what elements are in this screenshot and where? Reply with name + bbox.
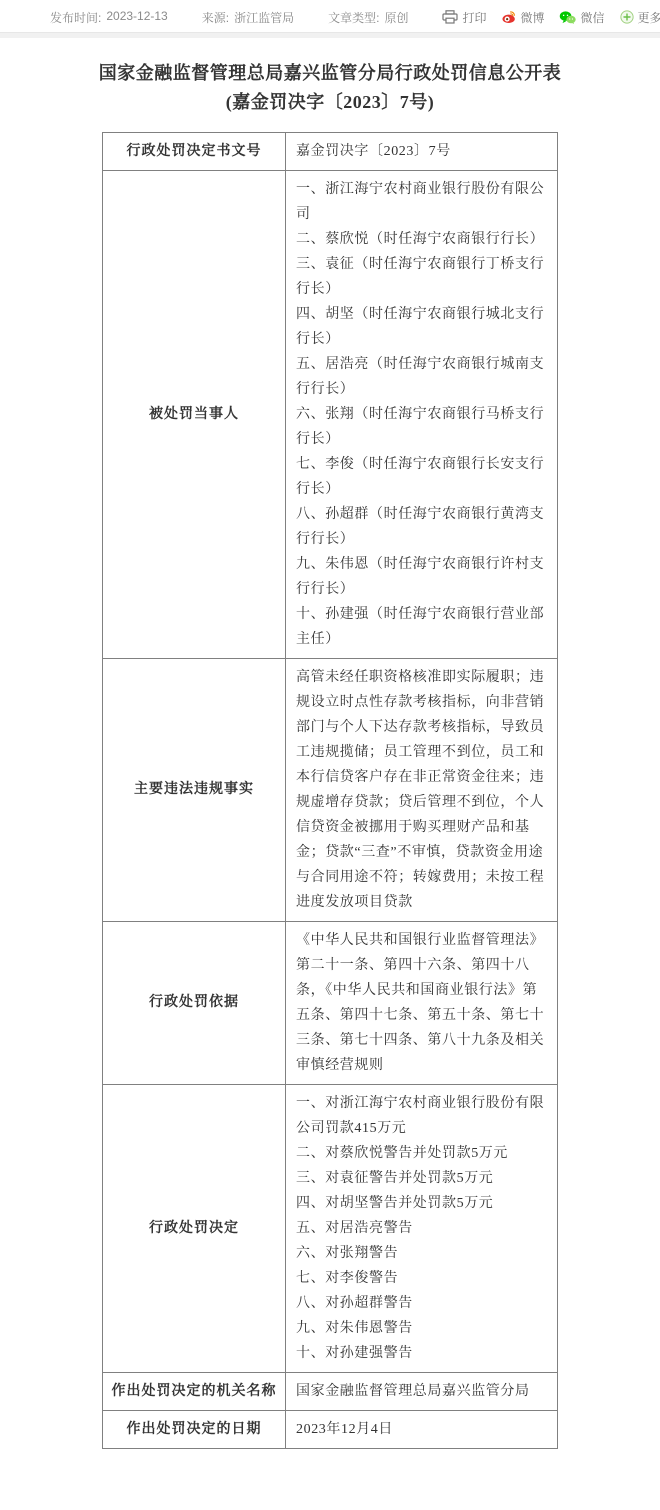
wechat-label: 微信: [580, 9, 604, 26]
page-title-line2: (嘉金罚决字〔2023〕7号): [30, 88, 630, 117]
cell-header: 行政处罚决定: [103, 1085, 286, 1373]
source: 来源: 浙江监管局: [202, 9, 294, 26]
plus-circle-icon: [620, 10, 634, 24]
print-button[interactable]: 打印: [442, 9, 486, 26]
source-value: 浙江监管局: [234, 9, 294, 26]
print-label: 打印: [462, 9, 486, 26]
weibo-icon: [501, 10, 516, 25]
publish-time-label: 发布时间:: [50, 9, 101, 26]
row-violation-facts: 主要违法违规事实 高管未经任职资格核准即实际履职；违规设立时点性存款考核指标，向…: [103, 659, 558, 922]
article-meta-bar: 发布时间: 2023-12-13 来源: 浙江监管局 文章类型: 原创 打印: [0, 0, 660, 32]
cell-header: 主要违法违规事实: [103, 659, 286, 922]
share-weibo-button[interactable]: 微博: [501, 9, 544, 26]
page-title-line1: 国家金融监督管理总局嘉兴监管分局行政处罚信息公开表: [30, 59, 630, 88]
printer-icon: [442, 10, 458, 24]
article-type-value: 原创: [384, 9, 408, 26]
cell-value: 《中华人民共和国银行业监督管理法》第二十一条、第四十六条、第四十八条，《中华人民…: [286, 922, 558, 1085]
row-penalized-parties: 被处罚当事人 一、浙江海宁农村商业银行股份有限公司 二、蔡欣悦（时任海宁农商银行…: [103, 171, 558, 659]
cell-value: 一、浙江海宁农村商业银行股份有限公司 二、蔡欣悦（时任海宁农商银行行长） 三、袁…: [286, 171, 558, 659]
cell-value: 2023年12月4日: [286, 1411, 558, 1449]
penalty-info-table: 行政处罚决定书文号 嘉金罚决字〔2023〕7号 被处罚当事人 一、浙江海宁农村商…: [102, 132, 558, 1449]
row-authority-name: 作出处罚决定的机关名称 国家金融监督管理总局嘉兴监管分局: [103, 1373, 558, 1411]
more-share-button[interactable]: 更多: [620, 9, 660, 26]
cell-value: 嘉金罚决字〔2023〕7号: [286, 133, 558, 171]
share-wechat-button[interactable]: 微信: [559, 9, 604, 26]
row-decision-date: 作出处罚决定的日期 2023年12月4日: [103, 1411, 558, 1449]
page-title: 国家金融监督管理总局嘉兴监管分局行政处罚信息公开表 (嘉金罚决字〔2023〕7号…: [30, 59, 630, 117]
share-toolbar: 打印 微博: [442, 9, 660, 26]
source-label: 来源:: [202, 9, 229, 26]
row-penalty-basis: 行政处罚依据 《中华人民共和国银行业监督管理法》第二十一条、第四十六条、第四十八…: [103, 922, 558, 1085]
weibo-label: 微博: [520, 9, 544, 26]
publish-time: 发布时间: 2023-12-13: [50, 9, 168, 26]
more-label: 更多: [638, 9, 660, 26]
article-body: 国家金融监督管理总局嘉兴监管分局行政处罚信息公开表 (嘉金罚决字〔2023〕7号…: [0, 59, 660, 1449]
cell-header: 作出处罚决定的日期: [103, 1411, 286, 1449]
cell-header: 作出处罚决定的机关名称: [103, 1373, 286, 1411]
row-penalty-decision: 行政处罚决定 一、对浙江海宁农村商业银行股份有限公司罚款415万元 二、对蔡欣悦…: [103, 1085, 558, 1373]
article-type-label: 文章类型:: [328, 9, 379, 26]
cell-header: 行政处罚依据: [103, 922, 286, 1085]
article-type: 文章类型: 原创: [328, 9, 408, 26]
cell-header: 行政处罚决定书文号: [103, 133, 286, 171]
row-penalty-doc-number: 行政处罚决定书文号 嘉金罚决字〔2023〕7号: [103, 133, 558, 171]
publish-time-value: 2023-12-13: [106, 9, 167, 26]
wechat-icon: [559, 10, 576, 25]
cell-value: 国家金融监督管理总局嘉兴监管分局: [286, 1373, 558, 1411]
cell-value: 高管未经任职资格核准即实际履职；违规设立时点性存款考核指标，向非营销部门与个人下…: [286, 659, 558, 922]
cell-header: 被处罚当事人: [103, 171, 286, 659]
cell-value: 一、对浙江海宁农村商业银行股份有限公司罚款415万元 二、对蔡欣悦警告并处罚款5…: [286, 1085, 558, 1373]
topbar-divider: [0, 32, 660, 38]
